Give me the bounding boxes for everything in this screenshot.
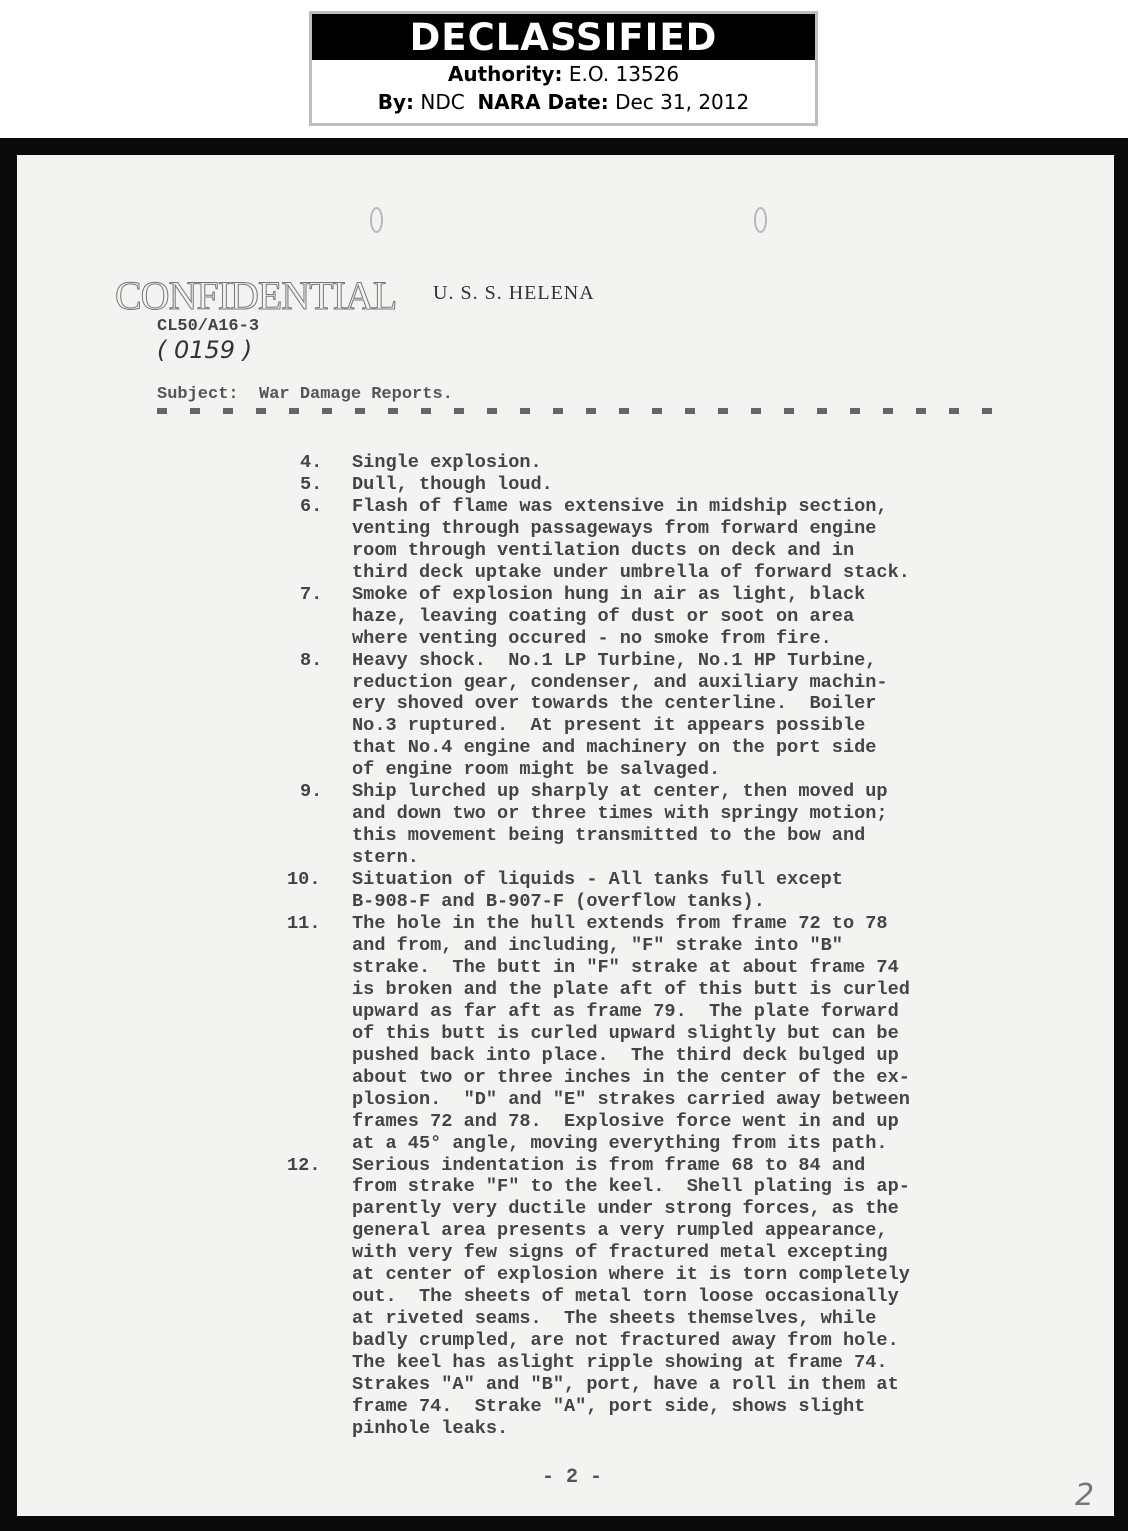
date-value: Dec 31, 2012 <box>615 90 749 114</box>
item-text: Ship lurched up sharply at center, then … <box>352 781 1040 869</box>
classification-marking: CONFIDENTIAL <box>115 272 396 319</box>
item-number: 10. <box>287 869 352 913</box>
report-item: 10.Situation of liquids - All tanks full… <box>300 869 1040 913</box>
divider-dashes <box>157 408 997 414</box>
report-item: 12.Serious indentation is from frame 68 … <box>300 1155 1040 1440</box>
item-number: 9. <box>300 781 352 869</box>
authority-value: E.O. 13526 <box>569 62 679 86</box>
report-items: 4.Single explosion.5.Dull, though loud.6… <box>300 452 1040 1440</box>
by-value: NDC <box>420 90 464 114</box>
report-item: 5.Dull, though loud. <box>300 474 1040 496</box>
page-number: - 2 - <box>542 1466 602 1489</box>
ship-name: U. S. S. HELENA <box>433 282 595 305</box>
item-text: Situation of liquids - All tanks full ex… <box>352 869 1040 913</box>
report-item: 9.Ship lurched up sharply at center, the… <box>300 781 1040 869</box>
report-item: 8.Heavy shock. No.1 LP Turbine, No.1 HP … <box>300 650 1040 782</box>
punch-hole-icon <box>370 207 383 233</box>
item-number: 12. <box>287 1155 352 1440</box>
item-text: The hole in the hull extends from frame … <box>352 913 1040 1154</box>
report-item: 6.Flash of flame was extensive in midshi… <box>300 496 1040 584</box>
handwritten-mark: 2 <box>1075 1478 1094 1513</box>
file-reference: CL50/A16-3 <box>157 318 259 336</box>
report-item: 11.The hole in the hull extends from fra… <box>300 913 1040 1154</box>
report-item: 4.Single explosion. <box>300 452 1040 474</box>
item-text: Heavy shock. No.1 LP Turbine, No.1 HP Tu… <box>352 650 1040 782</box>
stamp-authority: Authority: E.O. 13526 <box>312 60 815 88</box>
authority-label: Authority: <box>448 62 563 86</box>
declassified-stamp: DECLASSIFIED Authority: E.O. 13526 By: N… <box>309 11 818 126</box>
item-text: Single explosion. <box>352 452 1040 474</box>
report-item: 7.Smoke of explosion hung in air as ligh… <box>300 584 1040 650</box>
serial-number: ( 0159 ) <box>157 336 252 364</box>
item-text: Serious indentation is from frame 68 to … <box>352 1155 1040 1440</box>
item-number: 6. <box>300 496 352 584</box>
item-text: Smoke of explosion hung in air as light,… <box>352 584 1040 650</box>
item-number: 5. <box>300 474 352 496</box>
item-number: 8. <box>300 650 352 782</box>
by-label: By: <box>378 90 414 114</box>
item-number: 4. <box>300 452 352 474</box>
stamp-by-date: By: NDC NARA Date: Dec 31, 2012 <box>312 88 815 116</box>
stamp-title: DECLASSIFIED <box>312 14 815 60</box>
item-number: 11. <box>287 913 352 1154</box>
item-number: 7. <box>300 584 352 650</box>
punch-hole-icon <box>754 207 767 233</box>
item-text: Dull, though loud. <box>352 474 1040 496</box>
date-label: NARA Date: <box>477 90 608 114</box>
item-text: Flash of flame was extensive in midship … <box>352 496 1040 584</box>
subject-line: Subject: War Damage Reports. <box>157 385 453 404</box>
